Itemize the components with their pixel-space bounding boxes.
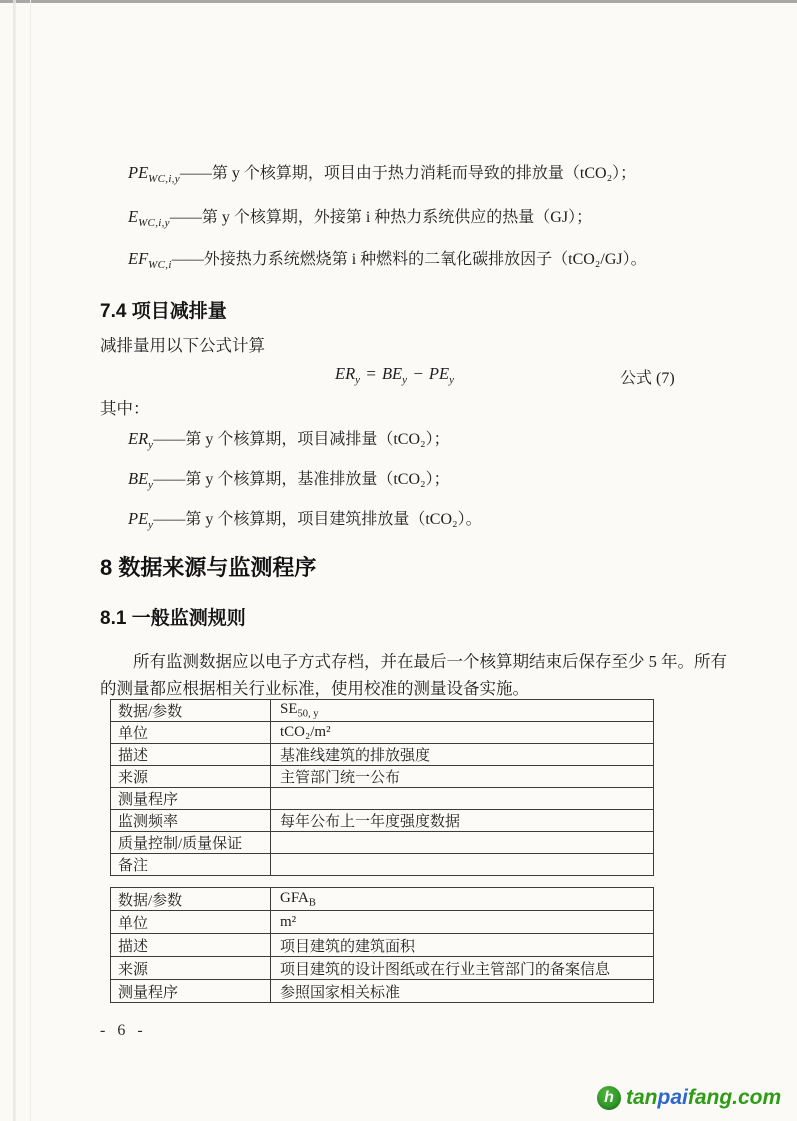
table-row: 备注 (111, 854, 654, 876)
scanned-document-page: PEWC,i,y——第 y 个核算期，项目由于热力消耗而导致的排放量（tCO₂）… (0, 0, 797, 1121)
math-variable: PE (128, 163, 148, 182)
param-symbol-subscript: 50, y (298, 709, 319, 720)
param-value-cell (271, 854, 654, 876)
math-subscript: WC,i (148, 259, 172, 271)
table-row: 质量控制/质量保证 (111, 832, 654, 854)
parameter-table-gfab: 数据/参数 GFAB 单位 m² 描述 项目建筑的建筑面积 来源 项目建筑的设计… (110, 887, 654, 1003)
math-variable: PE (429, 364, 449, 383)
param-label-cell: 单位 (111, 911, 271, 934)
param-label-cell: 单位 (111, 722, 271, 744)
page-number: - 6 - (100, 1022, 147, 1040)
param-symbol-subscript: B (309, 897, 316, 908)
param-symbol-base: GFA (280, 890, 309, 906)
section-heading-7-4: 7.4 项目减排量 (100, 296, 227, 323)
param-label-cell: 来源 (111, 766, 271, 788)
table-row: 来源 主管部门统一公布 (111, 766, 654, 788)
formula-expression: ERy=BEy−PEy (335, 364, 454, 386)
table-row: 单位 m² (111, 911, 654, 934)
definition-text: ——第 y 个核算期，项目减排量（tCO₂）； (153, 431, 449, 448)
param-value-cell: GFAB (271, 888, 654, 911)
scan-artifact-left-edge-2 (30, 0, 31, 1121)
param-value-cell: 基准线建筑的排放强度 (271, 744, 654, 766)
math-subscript: y (449, 374, 454, 386)
math-variable: BE (382, 364, 402, 383)
symbol-definition-line: PEWC,i,y——第 y 个核算期，项目由于热力消耗而导致的排放量（tCO₂）… (128, 162, 728, 190)
symbol-definition-line: EFWC,i——外接热力系统燃烧第 i 种燃料的二氧化碳排放因子（tCO₂/GJ… (128, 248, 728, 276)
math-variable: EF (128, 249, 148, 268)
paragraph-line: 的测量都应根据相关行业标准，使用校准的测量设备实施。 (100, 677, 706, 701)
table-row: 监测频率 每年公布上一年度强度数据 (111, 810, 654, 832)
param-label-cell: 数据/参数 (111, 700, 271, 722)
table-row: 描述 项目建筑的建筑面积 (111, 934, 654, 957)
math-variable: E (128, 207, 138, 226)
param-label-cell: 来源 (111, 957, 271, 980)
section-heading-8: 8 数据来源与监测程序 (100, 551, 316, 582)
formula-row: ERy=BEy−PEy 公式 (7) (0, 364, 797, 390)
math-variable: ER (128, 429, 148, 448)
math-variable: BE (128, 469, 148, 488)
definition-text: ——第 y 个核算期，项目建筑排放量（tCO₂）。 (153, 511, 481, 528)
logo-text-pai: pai (658, 1086, 688, 1109)
logo-text-tan: tan (626, 1086, 658, 1109)
table-row: 测量程序 (111, 788, 654, 810)
math-variable: PE (128, 509, 148, 528)
scan-artifact-top-edge (0, 0, 797, 3)
math-subscript: WC,i,y (148, 173, 180, 185)
definition-text: ——外接热力系统燃烧第 i 种燃料的二氧化碳排放因子（tCO₂/GJ）。 (172, 251, 647, 268)
param-label-cell: 备注 (111, 854, 271, 876)
tanpaifang-watermark: h tanpaifang.com (597, 1082, 793, 1114)
param-label-cell: 质量控制/质量保证 (111, 832, 271, 854)
param-value-cell (271, 832, 654, 854)
paragraph-line: 所有监测数据应以电子方式存档，并在最后一个核算期结束后保存至少 5 年。所有 (100, 650, 739, 674)
symbol-definition-line: EWC,i,y——第 y 个核算期，外接第 i 种热力系统供应的热量（GJ）； (128, 206, 728, 234)
formula-number-label: 公式 (7) (620, 365, 675, 388)
param-label-cell: 测量程序 (111, 788, 271, 810)
param-value-cell: 项目建筑的建筑面积 (271, 934, 654, 957)
param-symbol-base: SE (280, 701, 298, 717)
definition-text: ——第 y 个核算期，基准排放量（tCO₂）； (153, 471, 449, 488)
definition-text: ——第 y 个核算期，外接第 i 种热力系统供应的热量（GJ）； (170, 209, 592, 226)
section-heading-8-1: 8.1 一般监测规则 (100, 603, 246, 630)
scan-artifact-left-edge (13, 0, 16, 1121)
param-value-cell: 每年公布上一年度强度数据 (271, 810, 654, 832)
param-label-cell: 描述 (111, 934, 271, 957)
math-subscript: WC,i,y (138, 217, 170, 229)
symbol-definition-line: BEy——第 y 个核算期，基准排放量（tCO₂）； (128, 468, 728, 496)
param-label-cell: 测量程序 (111, 980, 271, 1003)
symbol-definition-line: PEy——第 y 个核算期，项目建筑排放量（tCO₂）。 (128, 508, 728, 536)
param-value-cell: m² (271, 911, 654, 934)
symbol-definition-line: ERy——第 y 个核算期，项目减排量（tCO₂）； (128, 428, 728, 456)
logo-text-fang-com: fang.com (688, 1086, 781, 1109)
definition-text: ——第 y 个核算期，项目由于热力消耗而导致的排放量（tCO₂）； (180, 165, 636, 182)
param-value-cell: 主管部门统一公布 (271, 766, 654, 788)
table-row: 数据/参数 SE50, y (111, 700, 654, 722)
parameter-table-se50y: 数据/参数 SE50, y 单位 tCO₂/m² 描述 基准线建筑的排放强度 来… (110, 699, 654, 876)
table-row: 测量程序 参照国家相关标准 (111, 980, 654, 1003)
param-label-cell: 描述 (111, 744, 271, 766)
param-value-cell: tCO₂/m² (271, 722, 654, 744)
table-row: 单位 tCO₂/m² (111, 722, 654, 744)
param-value-cell (271, 788, 654, 810)
param-value-cell: 项目建筑的设计图纸或在行业主管部门的备案信息 (271, 957, 654, 980)
formula-intro-text: 减排量用以下公式计算 (100, 334, 706, 358)
tanpaifang-logo-text: tanpaifang.com (626, 1086, 781, 1110)
math-variable: ER (335, 364, 355, 383)
param-value-cell: SE50, y (271, 700, 654, 722)
equals-sign: = (360, 364, 382, 383)
tanpaifang-logo-icon: h (597, 1086, 621, 1110)
minus-sign: − (407, 364, 429, 383)
where-label: 其中： (100, 397, 706, 421)
table-row: 描述 基准线建筑的排放强度 (111, 744, 654, 766)
param-label-cell: 数据/参数 (111, 888, 271, 911)
param-label-cell: 监测频率 (111, 810, 271, 832)
table-row: 数据/参数 GFAB (111, 888, 654, 911)
table-row: 来源 项目建筑的设计图纸或在行业主管部门的备案信息 (111, 957, 654, 980)
param-value-cell: 参照国家相关标准 (271, 980, 654, 1003)
